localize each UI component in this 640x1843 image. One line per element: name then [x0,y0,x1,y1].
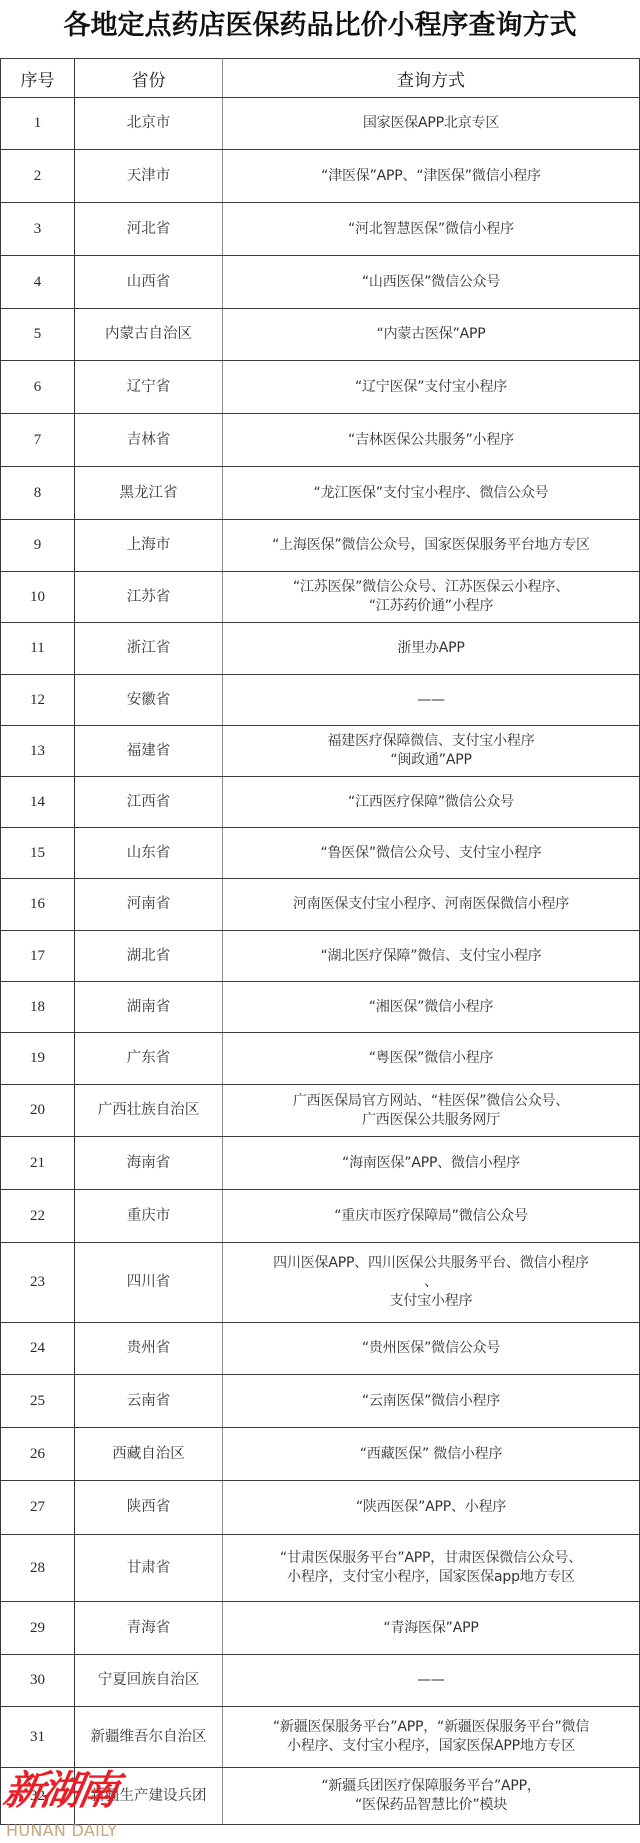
row-province: 山东省 [75,828,223,879]
row-province: 重庆市 [75,1190,223,1243]
table-row: 15山东省“鲁医保”微信公众号、支付宝小程序 [1,828,640,879]
table-row: 14江西省“江西医疗保障”微信公众号 [1,777,640,828]
row-query-method: “新疆医保服务平台”APP，“新疆医保服务平台”微信 小程序、支付宝小程序，国家… [223,1707,640,1768]
row-query-method: “山西医保”微信公众号 [223,256,640,309]
row-query-method: 广西医保局官方网站、“桂医保”微信公众号、 广西医保公共服务网厅 [223,1085,640,1137]
row-query-method: 福建医疗保障微信、支付宝小程序 “闽政通”APP [223,726,640,777]
row-index: 25 [1,1375,75,1428]
table-row: 27陕西省“陕西医保”APP、小程序 [1,1481,640,1535]
row-province: 天津市 [75,150,223,203]
row-index: 13 [1,726,75,777]
row-index: 4 [1,256,75,309]
row-province: 贵州省 [75,1323,223,1375]
row-province: 云南省 [75,1375,223,1428]
table-row: 12安徽省—— [1,675,640,726]
row-province: 广西壮族自治区 [75,1085,223,1137]
table-header-row: 序号 省份 查询方式 [1,59,640,98]
table-row: 2天津市“津医保”APP、“津医保”微信小程序 [1,150,640,203]
row-province: 福建省 [75,726,223,777]
page-title: 各地定点药店医保药品比价小程序查询方式 [0,8,640,44]
row-index: 8 [1,467,75,520]
row-province: 吉林省 [75,414,223,467]
row-index: 3 [1,203,75,256]
table-row: 29青海省“青海医保”APP [1,1602,640,1655]
row-query-method: “上海医保”微信公众号，国家医保服务平台地方专区 [223,520,640,572]
row-province: 青海省 [75,1602,223,1655]
row-province: 广东省 [75,1033,223,1085]
header-province: 省份 [75,59,223,98]
row-query-method: 河南医保支付宝小程序、河南医保微信小程序 [223,879,640,931]
table-row: 4山西省“山西医保”微信公众号 [1,256,640,309]
row-province: 黑龙江省 [75,467,223,520]
table-row: 28甘肃省“甘肃医保服务平台”APP，甘肃医保微信公众号、 小程序，支付宝小程序… [1,1535,640,1602]
table-row: 22重庆市“重庆市医疗保障局”微信公众号 [1,1190,640,1243]
query-methods-table: 序号 省份 查询方式 1北京市国家医保APP北京专区2天津市“津医保”APP、“… [0,58,640,1825]
row-query-method: “江西医疗保障”微信公众号 [223,777,640,828]
row-index: 5 [1,309,75,361]
row-province: 山西省 [75,256,223,309]
row-index: 1 [1,98,75,150]
table-row: 19广东省“粤医保”微信小程序 [1,1033,640,1085]
table-row: 3河北省“河北智慧医保”微信小程序 [1,203,640,256]
table-row: 13福建省福建医疗保障微信、支付宝小程序 “闽政通”APP [1,726,640,777]
table-row: 25云南省“云南医保”微信小程序 [1,1375,640,1428]
row-index: 22 [1,1190,75,1243]
table-row: 20广西壮族自治区广西医保局官方网站、“桂医保”微信公众号、 广西医保公共服务网… [1,1085,640,1137]
row-index: 27 [1,1481,75,1535]
row-query-method: “河北智慧医保”微信小程序 [223,203,640,256]
row-province: 海南省 [75,1137,223,1190]
table-row: 21海南省“海南医保”APP、微信小程序 [1,1137,640,1190]
row-index: 23 [1,1243,75,1323]
row-query-method: “新疆兵团医疗保障服务平台”APP， “医保药品智慧比价”模块 [223,1768,640,1825]
table-row: 6辽宁省“辽宁医保”支付宝小程序 [1,361,640,414]
row-province: 四川省 [75,1243,223,1323]
row-query-method: “湘医保”微信小程序 [223,982,640,1033]
row-query-method: “吉林医保公共服务”小程序 [223,414,640,467]
row-province: 浙江省 [75,623,223,675]
table-row: 31新疆维吾尔自治区“新疆医保服务平台”APP，“新疆医保服务平台”微信 小程序… [1,1707,640,1768]
table-row: 17湖北省“湖北医疗保障”微信、支付宝小程序 [1,931,640,982]
row-query-method: “重庆市医疗保障局”微信公众号 [223,1190,640,1243]
row-index: 7 [1,414,75,467]
row-index: 26 [1,1428,75,1481]
row-province: 宁夏回族自治区 [75,1655,223,1707]
row-query-method: 浙里办APP [223,623,640,675]
row-index: 29 [1,1602,75,1655]
row-province: 江苏省 [75,572,223,623]
row-index: 30 [1,1655,75,1707]
row-index: 15 [1,828,75,879]
row-index: 9 [1,520,75,572]
table-body: 1北京市国家医保APP北京专区2天津市“津医保”APP、“津医保”微信小程序3河… [1,98,640,1825]
row-index: 2 [1,150,75,203]
row-index: 14 [1,777,75,828]
table-row: 16河南省河南医保支付宝小程序、河南医保微信小程序 [1,879,640,931]
row-query-method: “西藏医保” 微信小程序 [223,1428,640,1481]
row-index: 21 [1,1137,75,1190]
row-query-method: 国家医保APP北京专区 [223,98,640,150]
table-row: 1北京市国家医保APP北京专区 [1,98,640,150]
table-row: 23四川省四川医保APP、四川医保公共服务平台、微信小程序 、 支付宝小程序 [1,1243,640,1323]
table-row: 10江苏省“江苏医保”微信公众号、江苏医保云小程序、 “江苏药价通”小程序 [1,572,640,623]
row-query-method: “津医保”APP、“津医保”微信小程序 [223,150,640,203]
row-query-method: “贵州医保”微信公众号 [223,1323,640,1375]
row-province: 新疆维吾尔自治区 [75,1707,223,1768]
row-query-method: —— [223,675,640,726]
row-index: 24 [1,1323,75,1375]
row-index: 17 [1,931,75,982]
row-province: 湖北省 [75,931,223,982]
row-query-method: “云南医保”微信小程序 [223,1375,640,1428]
row-province: 河北省 [75,203,223,256]
row-province: 上海市 [75,520,223,572]
table-row: 9上海市“上海医保”微信公众号，国家医保服务平台地方专区 [1,520,640,572]
row-query-method: “海南医保”APP、微信小程序 [223,1137,640,1190]
table-row: 8黑龙江省“龙江医保”支付宝小程序、微信公众号 [1,467,640,520]
row-query-method: “内蒙古医保”APP [223,309,640,361]
table-row: 5内蒙古自治区“内蒙古医保”APP [1,309,640,361]
row-query-method: “鲁医保”微信公众号、支付宝小程序 [223,828,640,879]
row-query-method: “陕西医保”APP、小程序 [223,1481,640,1535]
row-query-method: “辽宁医保”支付宝小程序 [223,361,640,414]
row-province: 安徽省 [75,675,223,726]
table-row: 26西藏自治区“西藏医保” 微信小程序 [1,1428,640,1481]
row-query-method: “湖北医疗保障”微信、支付宝小程序 [223,931,640,982]
table-row: 11浙江省浙里办APP [1,623,640,675]
row-index: 19 [1,1033,75,1085]
row-index: 28 [1,1535,75,1602]
row-index: 12 [1,675,75,726]
row-province: 河南省 [75,879,223,931]
row-province: 湖南省 [75,982,223,1033]
table-row: 18湖南省“湘医保”微信小程序 [1,982,640,1033]
header-index: 序号 [1,59,75,98]
row-province: 辽宁省 [75,361,223,414]
row-index: 10 [1,572,75,623]
row-province: 江西省 [75,777,223,828]
table-row: 24贵州省“贵州医保”微信公众号 [1,1323,640,1375]
header-query-method: 查询方式 [223,59,640,98]
row-query-method: “青海医保”APP [223,1602,640,1655]
row-province: 内蒙古自治区 [75,309,223,361]
row-index: 6 [1,361,75,414]
row-index: 16 [1,879,75,931]
row-index: 11 [1,623,75,675]
table-row: 32新疆生产建设兵团“新疆兵团医疗保障服务平台”APP， “医保药品智慧比价”模… [1,1768,640,1825]
table-row: 30宁夏回族自治区—— [1,1655,640,1707]
table-row: 7吉林省“吉林医保公共服务”小程序 [1,414,640,467]
row-query-method: “甘肃医保服务平台”APP，甘肃医保微信公众号、 小程序，支付宝小程序，国家医保… [223,1535,640,1602]
row-province: 甘肃省 [75,1535,223,1602]
row-index: 31 [1,1707,75,1768]
row-index: 32 [1,1768,75,1825]
row-query-method: “江苏医保”微信公众号、江苏医保云小程序、 “江苏药价通”小程序 [223,572,640,623]
row-province: 新疆生产建设兵团 [75,1768,223,1825]
row-index: 20 [1,1085,75,1137]
row-province: 西藏自治区 [75,1428,223,1481]
row-index: 18 [1,982,75,1033]
row-province: 陕西省 [75,1481,223,1535]
row-query-method: 四川医保APP、四川医保公共服务平台、微信小程序 、 支付宝小程序 [223,1243,640,1323]
row-query-method: “粤医保”微信小程序 [223,1033,640,1085]
row-query-method: “龙江医保”支付宝小程序、微信公众号 [223,467,640,520]
row-province: 北京市 [75,98,223,150]
row-query-method: —— [223,1655,640,1707]
